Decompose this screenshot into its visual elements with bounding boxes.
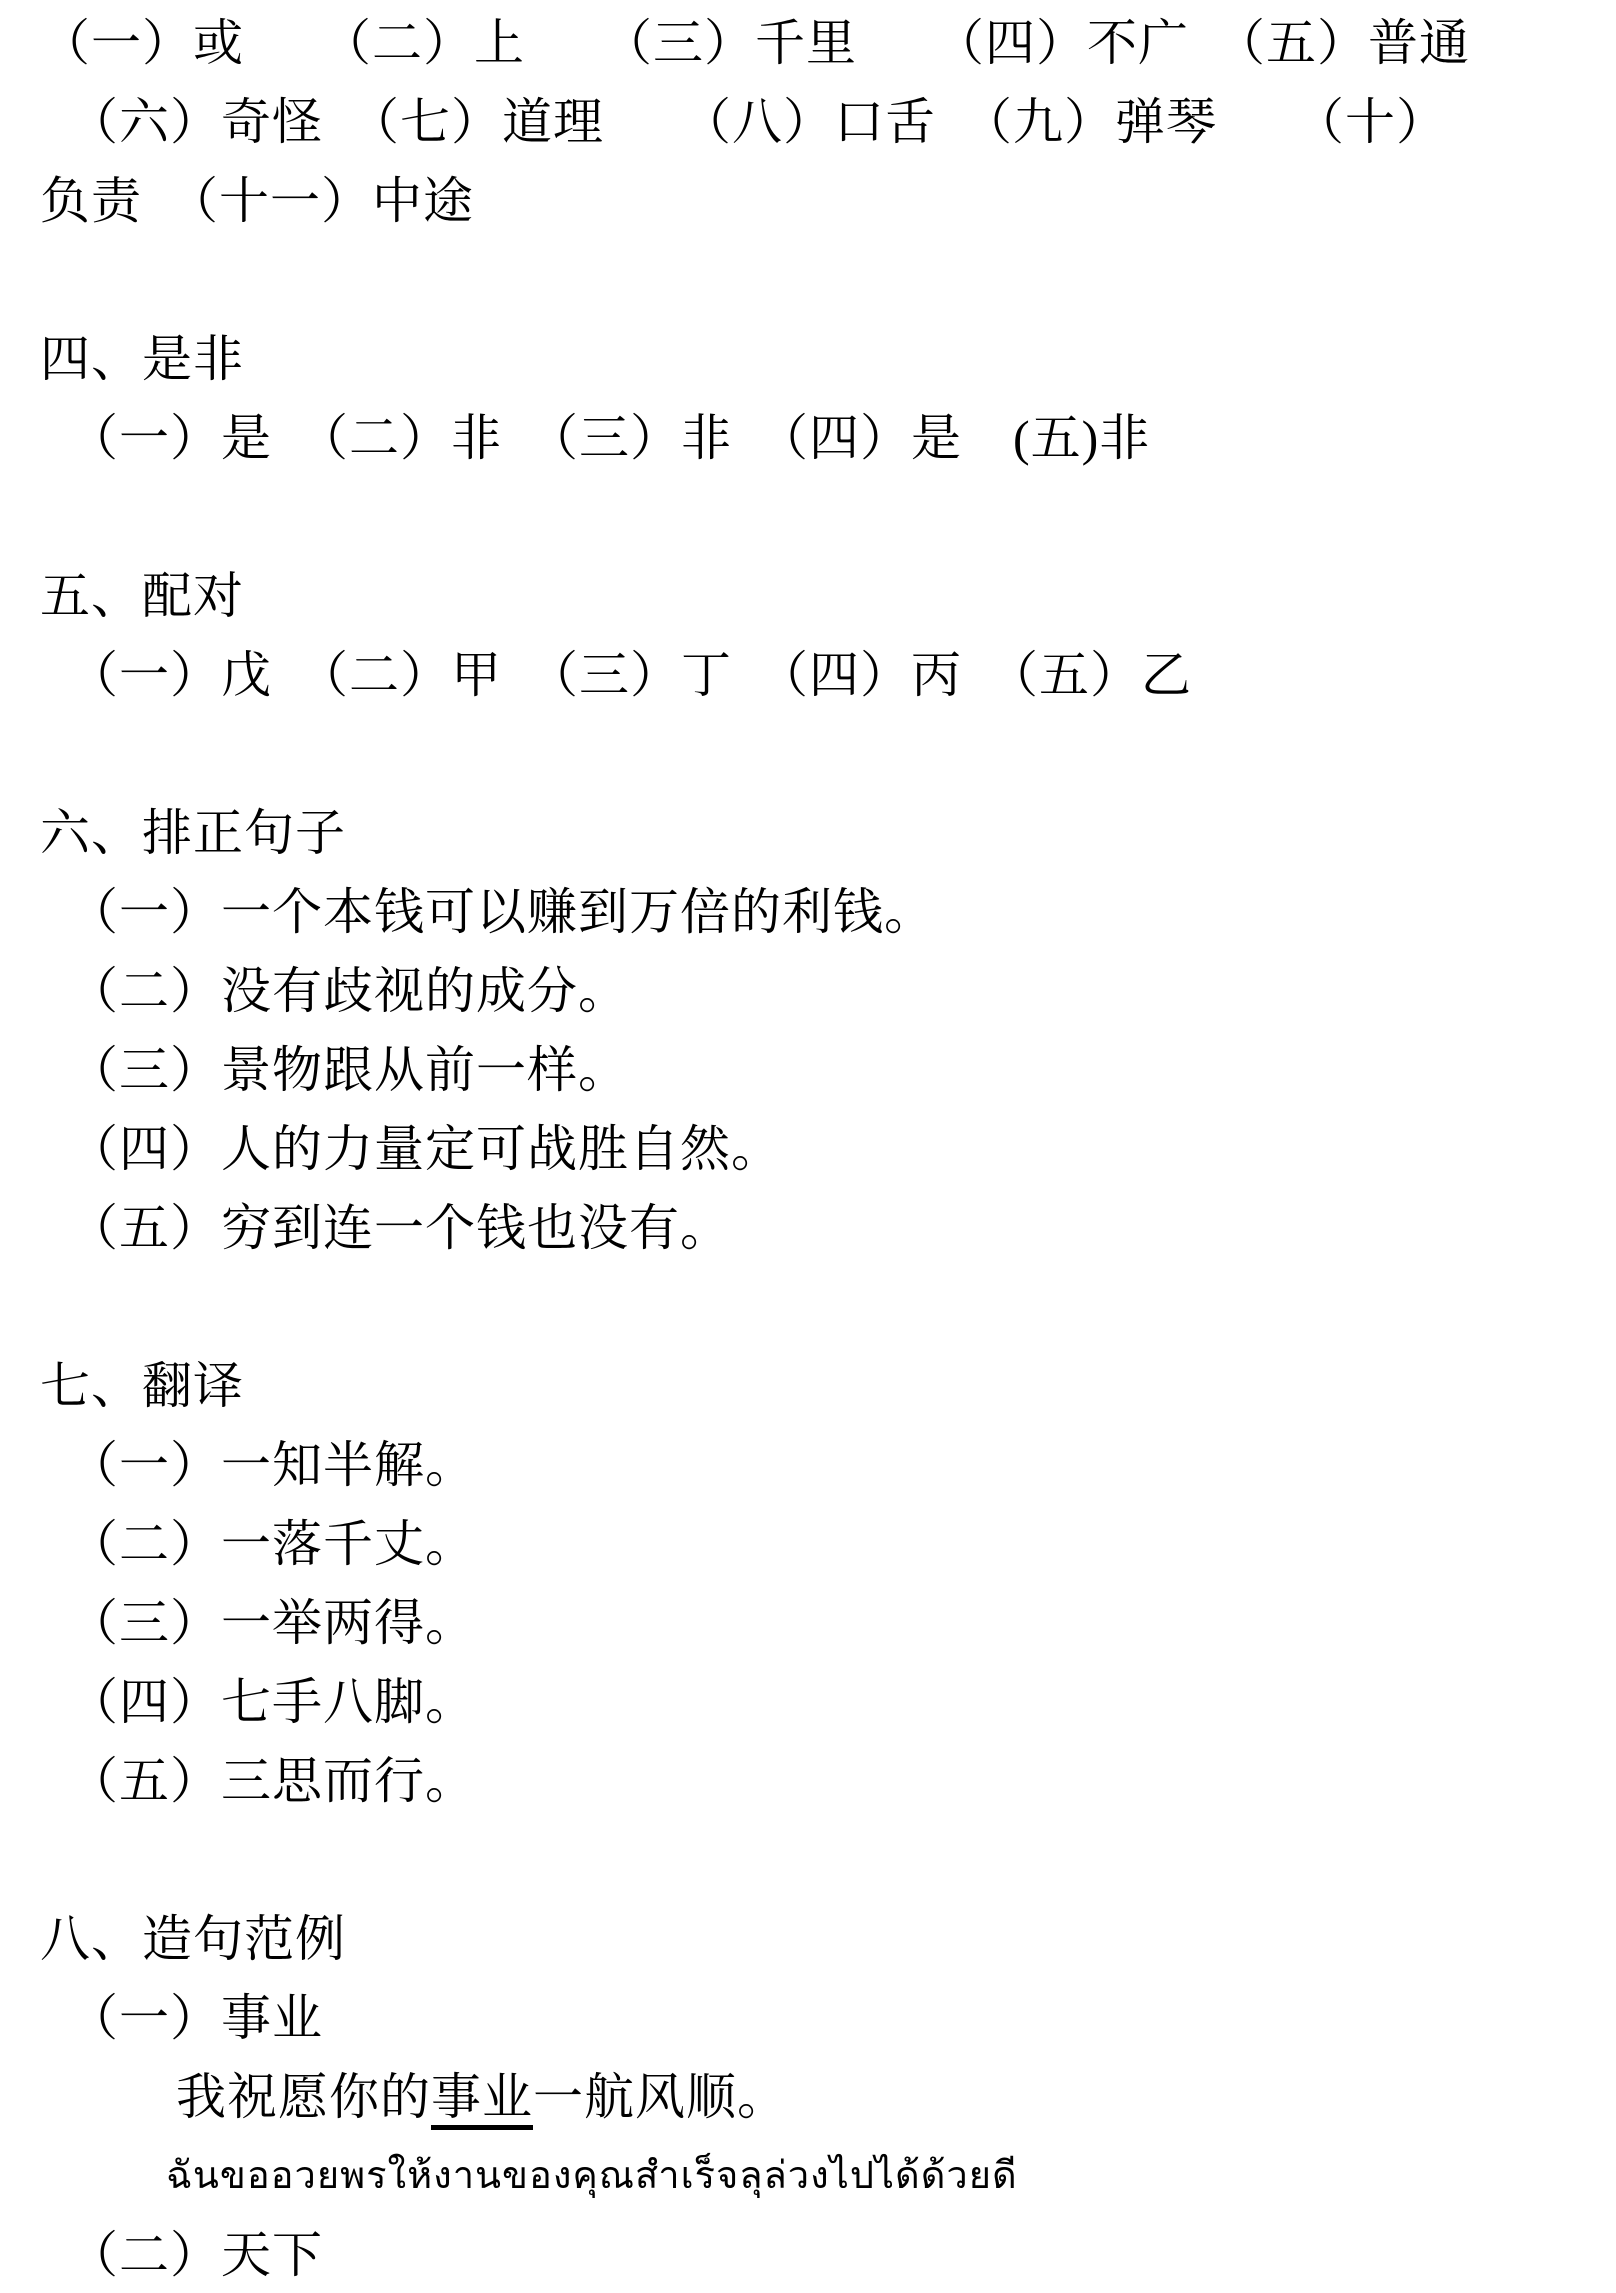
section-heading-6: 六、排正句子 <box>40 794 1616 873</box>
blank-line <box>40 478 1616 557</box>
answer-line: （一）一个本钱可以赚到万倍的利钱。 <box>40 873 1616 952</box>
answer-line: （一）一知半解。 <box>40 1426 1616 1505</box>
blank-line <box>40 715 1616 794</box>
answer-line: （六）奇怪 （七）道理 （八）口舌 （九）弹琴 （十） <box>40 83 1616 162</box>
underlined-word: 事业 <box>431 2069 533 2130</box>
blank-line <box>40 1268 1616 1347</box>
answer-line: （五）穷到连一个钱也没有。 <box>40 1189 1616 1268</box>
sentence-suffix: 一航风顺。 <box>533 2069 788 2125</box>
answer-line: （三）一举两得。 <box>40 1584 1616 1663</box>
answer-line: 负责 （十一）中途 <box>40 162 1616 241</box>
example-2-label: （二）天下 <box>40 2216 1616 2293</box>
example-1-sentence: 我祝愿你的事业一航风顺。 <box>40 2058 1616 2137</box>
example-1-thai-translation: ฉันขออวยพรให้งานของคุณสำเร็จลุล่วงไปได้ด… <box>40 2137 1616 2216</box>
answer-line: （二）没有歧视的成分。 <box>40 952 1616 1031</box>
sentence-prefix: 我祝愿你的 <box>176 2069 431 2125</box>
document-page: （一）或 （二）上 （三）千里 （四）不广 （五）普通 （六）奇怪 （七）道理 … <box>0 0 1616 2293</box>
section-heading-4: 四、是非 <box>40 320 1616 399</box>
blank-line <box>40 1821 1616 1900</box>
answer-line: （四）七手八脚。 <box>40 1663 1616 1742</box>
answer-line: （三）景物跟从前一样。 <box>40 1031 1616 1110</box>
section-heading-7: 七、翻译 <box>40 1347 1616 1426</box>
example-1-label: （一）事业 <box>40 1979 1616 2058</box>
blank-line <box>40 241 1616 320</box>
answer-line: （一）或 （二）上 （三）千里 （四）不广 （五）普通 <box>40 4 1616 83</box>
section-heading-8: 八、造句范例 <box>40 1900 1616 1979</box>
answer-line: （四）人的力量定可战胜自然。 <box>40 1110 1616 1189</box>
answer-line: （一）戊 （二）甲 （三）丁 （四）丙 （五）乙 <box>40 636 1616 715</box>
answer-line: （五）三思而行。 <box>40 1742 1616 1821</box>
answer-line: （一）是 （二）非 （三）非 （四）是 (五)非 <box>40 399 1616 478</box>
answer-line: （二）一落千丈。 <box>40 1505 1616 1584</box>
section-heading-5: 五、配对 <box>40 557 1616 636</box>
